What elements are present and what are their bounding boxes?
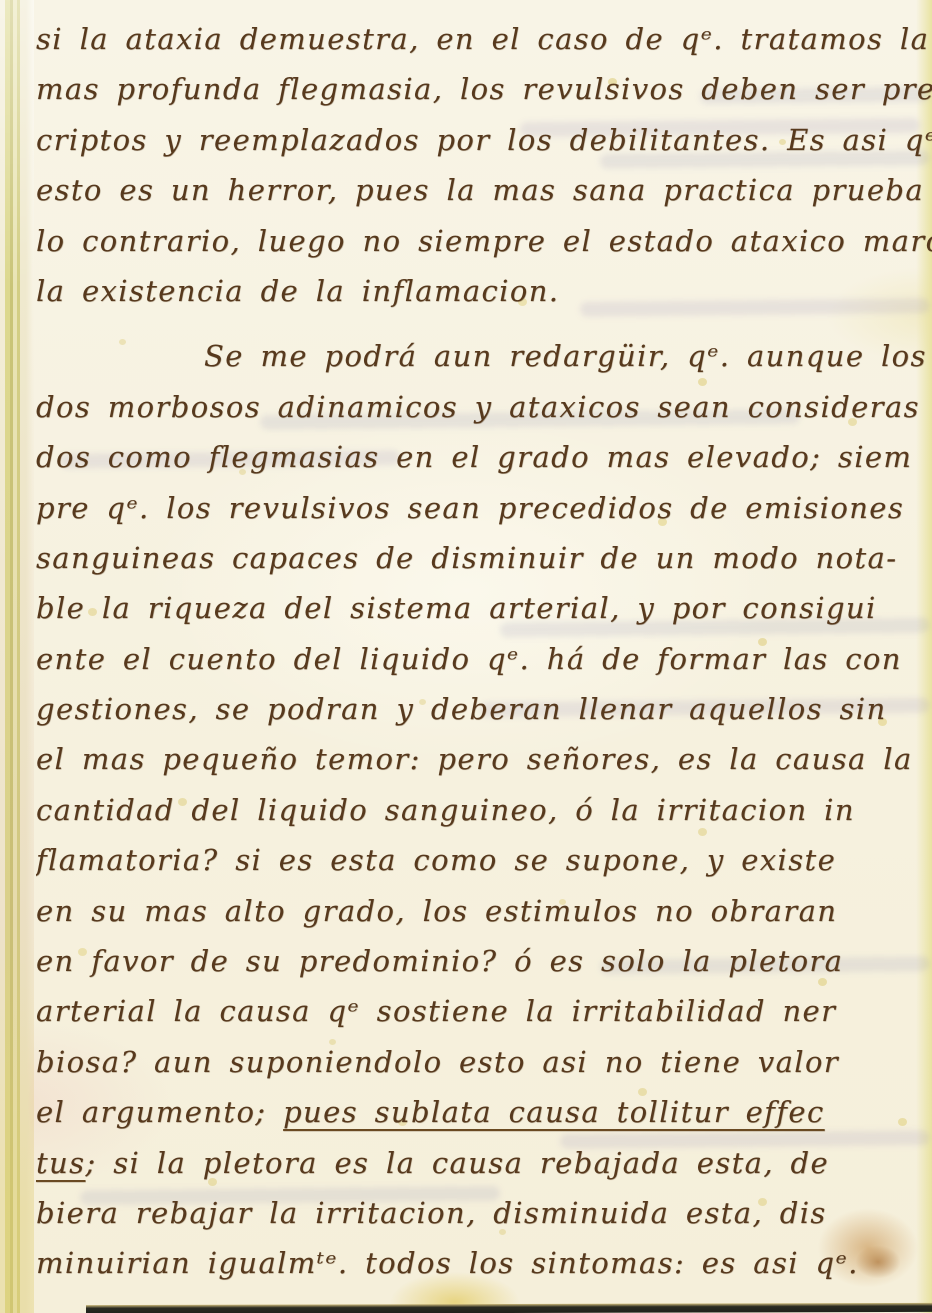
manuscript-line: flamatoria? si es esta como se supone, y… (36, 835, 932, 885)
manuscript-line: arterial la causa qᵉ sostiene la irritab… (36, 986, 932, 1036)
manuscript-line: el mas pequeño temor: pero señores, es l… (36, 734, 932, 784)
manuscript-line: mas profunda flegmasia, los revulsivos d… (36, 64, 932, 114)
manuscript-line: el argumento; pues sublata causa tollitu… (36, 1087, 932, 1137)
manuscript-line: en favor de su predominio? ó es solo la … (36, 936, 932, 986)
manuscript-line: biosa? aun suponiendolo esto asi no tien… (36, 1037, 932, 1087)
manuscript-line: cantidad del liquido sanguineo, ó la irr… (36, 785, 932, 835)
underlined-latin-phrase: tus (36, 1146, 85, 1180)
manuscript-page: si la ataxia demuestra, en el caso de qᵉ… (0, 0, 932, 1313)
manuscript-line: minuirian igualmᵗᵉ. todos los sintomas: … (36, 1238, 932, 1288)
manuscript-line: dos como flegmasias en el grado mas elev… (36, 432, 932, 482)
manuscript-line: biera rebajar la irritacion, disminuida … (36, 1188, 932, 1238)
manuscript-line-text: el argumento; (36, 1095, 283, 1129)
manuscript-line: si la ataxia demuestra, en el caso de qᵉ… (36, 14, 932, 64)
manuscript-line: lo contrario, luego no siempre el estado… (36, 216, 932, 266)
next-page-edge (86, 1303, 932, 1313)
manuscript-line: criptos y reemplazados por los debilitan… (36, 115, 932, 165)
manuscript-line: ble la riqueza del sistema arterial, y p… (36, 583, 932, 633)
manuscript-line: tus; si la pletora es la causa rebajada … (36, 1138, 932, 1188)
manuscript-line: Se me podrá aun redargüir, qᵉ. aunque lo… (36, 331, 932, 381)
manuscript-line: gestiones, se podran y deberan llenar aq… (36, 684, 932, 734)
manuscript-line: esto es un herror, pues la mas sana prac… (36, 165, 932, 215)
manuscript-line-text: ; si la pletora es la causa rebajada est… (85, 1146, 829, 1180)
book-binding-edge (0, 0, 34, 1313)
manuscript-line: dos morbosos adinamicos y ataxicos sean … (36, 382, 932, 432)
manuscript-line: en su mas alto grado, los estimulos no o… (36, 886, 932, 936)
manuscript-line: la existencia de la inflamacion. (36, 266, 932, 316)
manuscript-line: sanguineas capaces de disminuir de un mo… (36, 533, 932, 583)
manuscript-line: pre qᵉ. los revulsivos sean precedidos d… (36, 483, 932, 533)
manuscript-line: ente el cuento del liquido qᵉ. há de for… (36, 634, 932, 684)
underlined-latin-phrase: pues sublata causa tollitur effec (283, 1095, 825, 1129)
manuscript-text: si la ataxia demuestra, en el caso de qᵉ… (36, 14, 932, 1289)
